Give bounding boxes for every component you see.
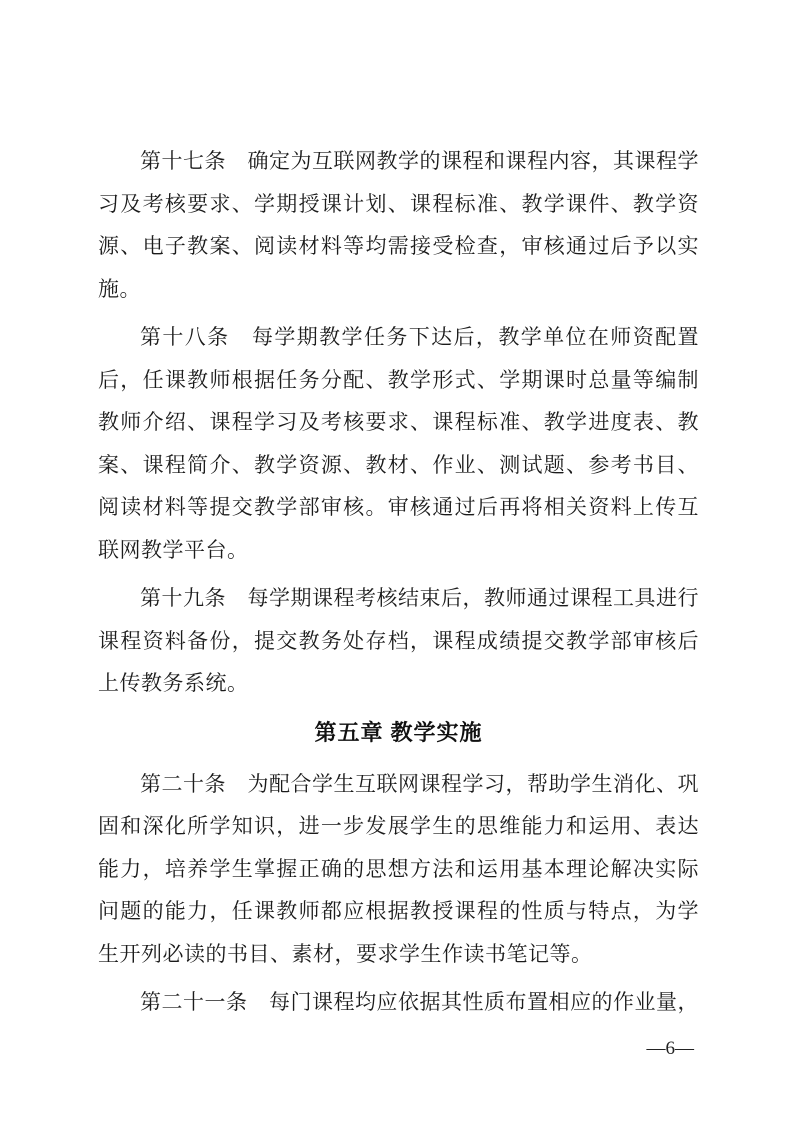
article-19-paragraph: 第十九条 每学期课程考核结束后，教师通过课程工具进行课程资料备份，提交教务处存档… xyxy=(98,577,699,705)
page-number: —6— xyxy=(647,1038,695,1060)
chapter-5-heading: 第五章 教学实施 xyxy=(98,711,699,754)
article-21-paragraph: 第二十一条 每门课程均应依据其性质布置相应的作业量， xyxy=(98,981,699,1024)
article-20-paragraph: 第二十条 为配合学生互联网课程学习，帮助学生消化、巩固和深化所学知识，进一步发展… xyxy=(98,763,699,976)
article-18-paragraph: 第十八条 每学期教学任务下达后，教学单位在师资配置后，任课教师根据任务分配、教学… xyxy=(98,316,699,571)
document-page: 第十七条 确定为互联网教学的课程和课程内容，其课程学习及考核要求、学期授课计划、… xyxy=(0,0,793,1122)
document-body: 第十七条 确定为互联网教学的课程和课程内容，其课程学习及考核要求、学期授课计划、… xyxy=(98,140,699,1030)
article-17-paragraph: 第十七条 确定为互联网教学的课程和课程内容，其课程学习及考核要求、学期授课计划、… xyxy=(98,140,699,310)
